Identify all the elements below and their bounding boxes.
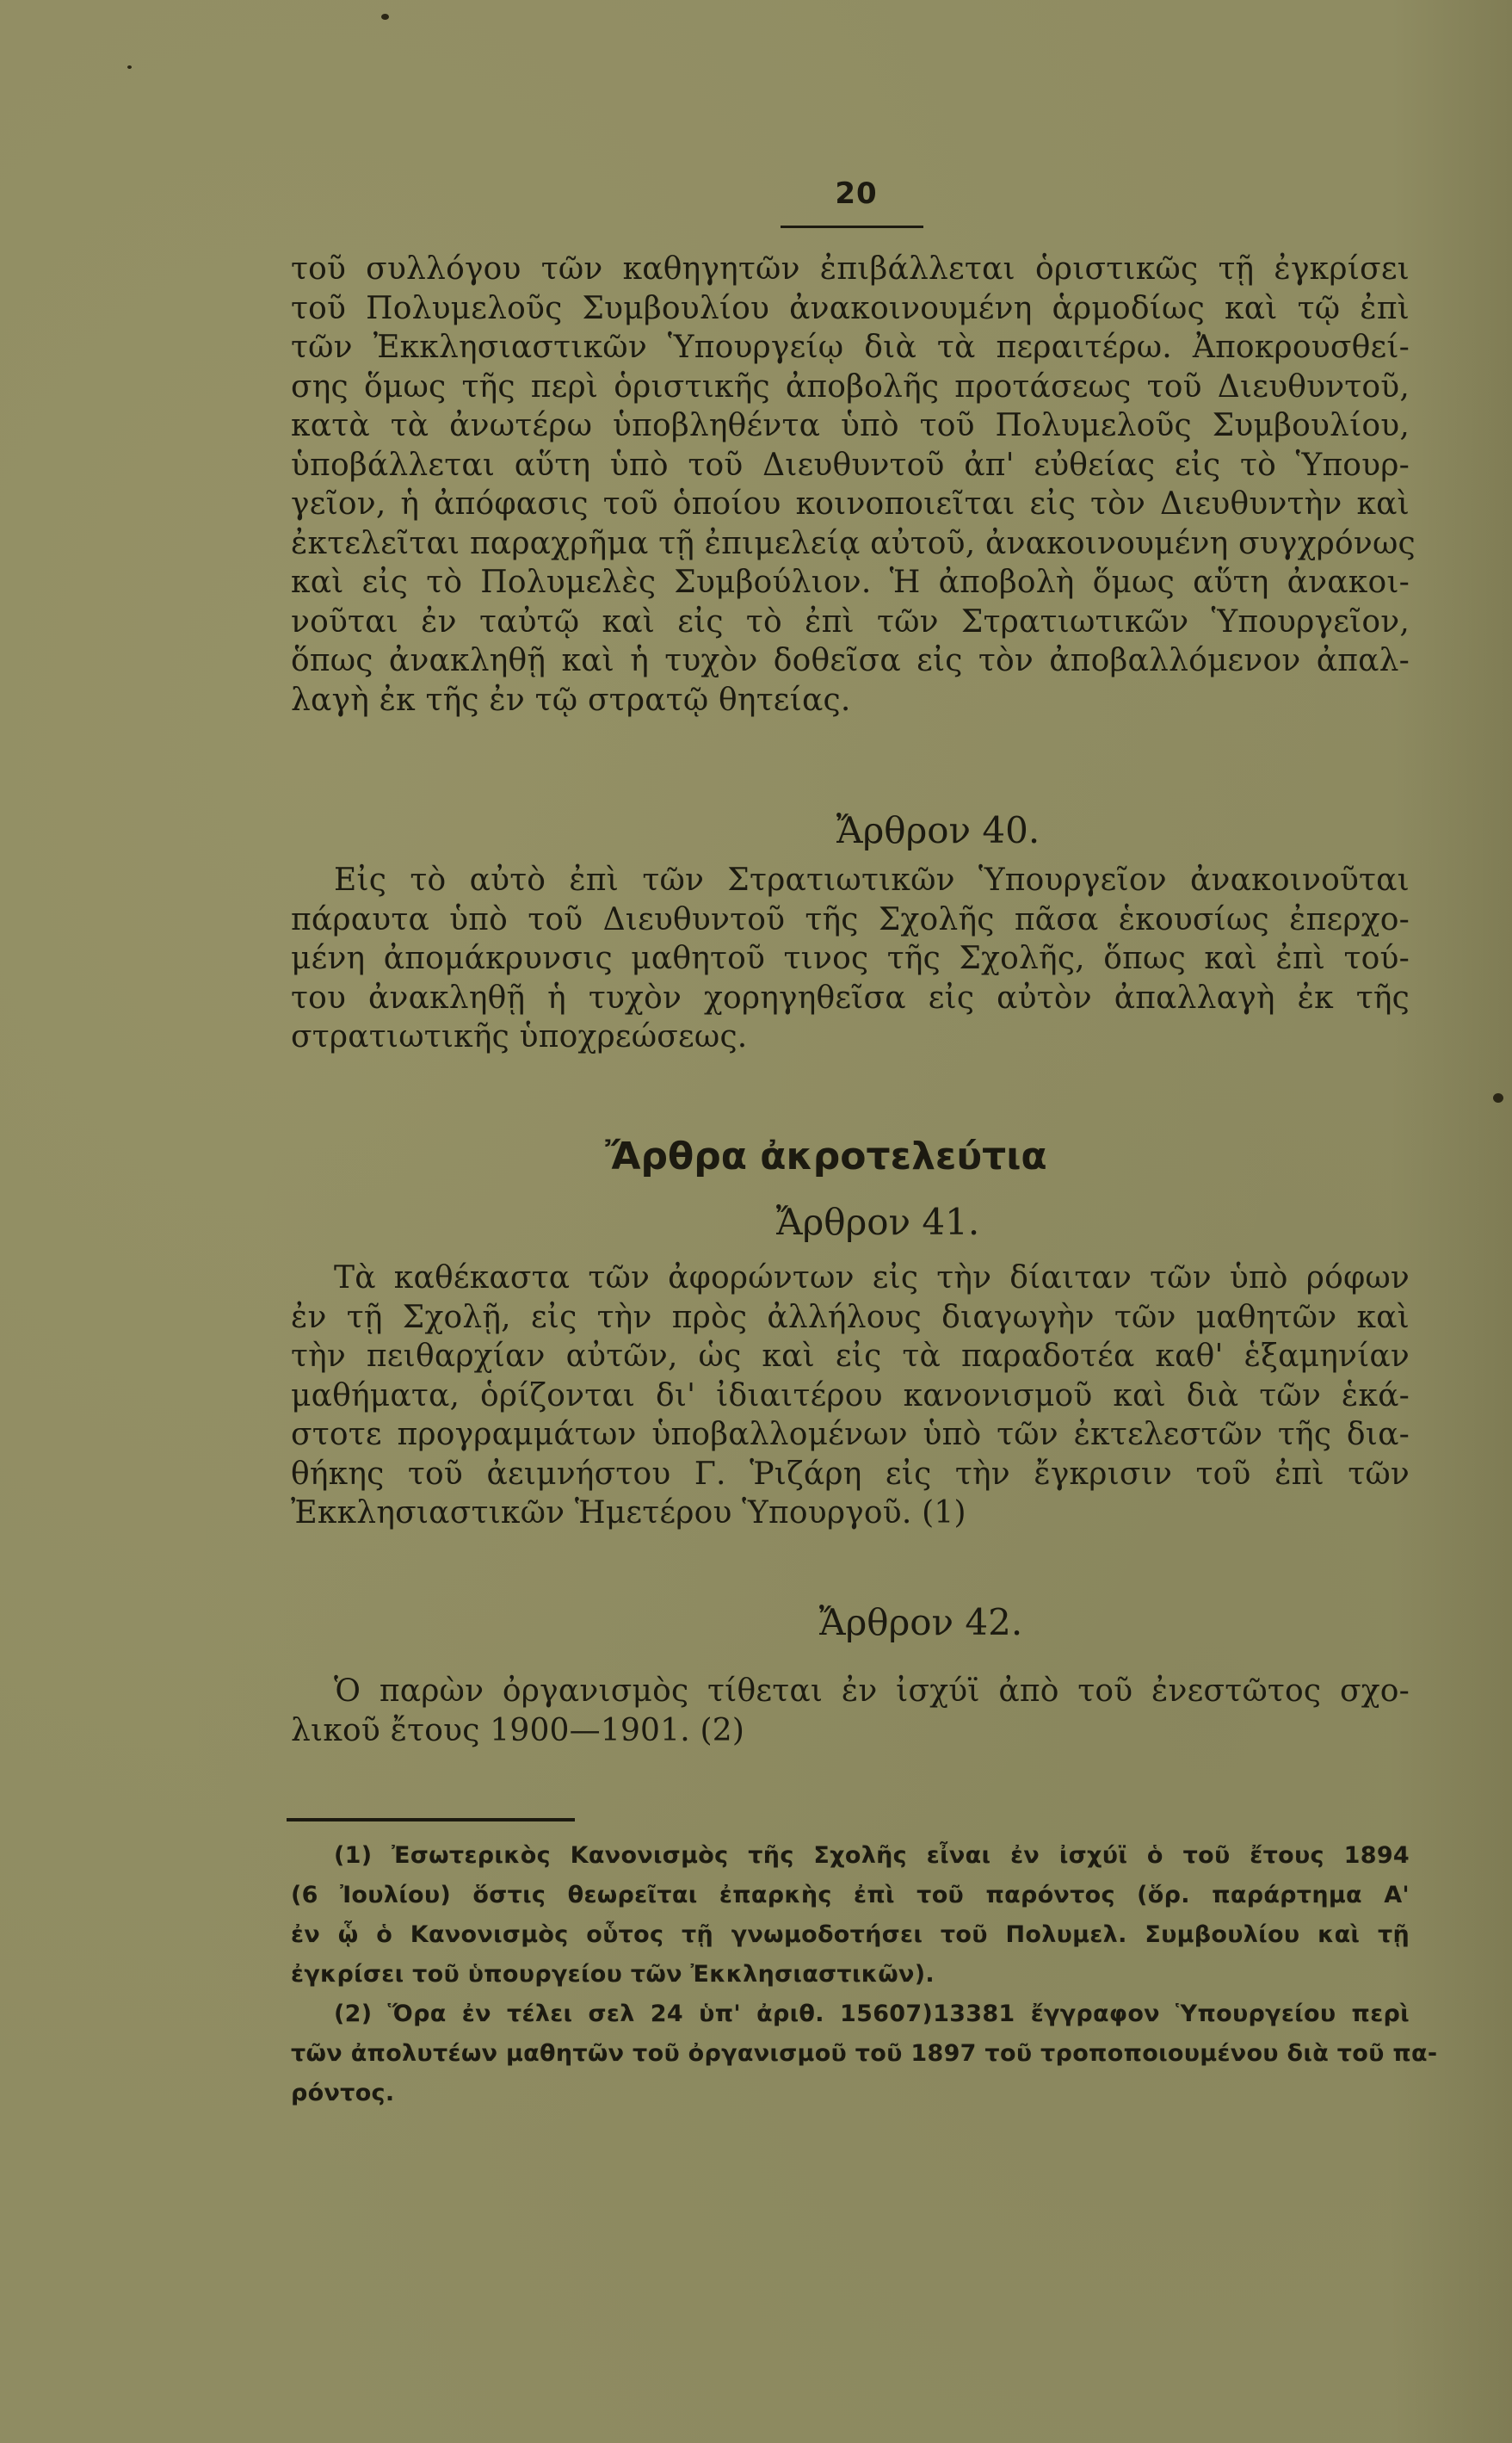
text-line: θήκης τοῦ ἀειμνήστου Γ. Ῥιζάρη εἰς τὴν ἔ…	[291, 1455, 1410, 1494]
article-42-heading: Ἄρθρον 42.	[361, 1601, 1480, 1643]
text-line: στοτε προγραμμάτων ὑποβαλλομένων ὑπὸ τῶν…	[291, 1415, 1410, 1455]
page-number-rule	[781, 226, 923, 228]
footnote-line: ἐν ᾧ ὁ Κανονισμὸς οὗτος τῇ γνωμοδοτήσει …	[291, 1915, 1410, 1955]
text-line: τὴν πειθαρχίαν αὐτῶν, ὡς καὶ εἰς τὰ παρα…	[291, 1337, 1410, 1376]
continuation-paragraph: τοῦ συλλόγου τῶν καθηγητῶν ἐπιβάλλεται ὁ…	[291, 250, 1410, 720]
text-line: καὶ εἰς τὸ Πολυμελὲς Συμβούλιον. Ἡ ἀποβο…	[291, 563, 1410, 603]
text-line: τοῦ Πολυμελοῦς Συμβουλίου ἀνακοινουμένη …	[291, 289, 1410, 329]
footnote-rule	[287, 1818, 575, 1821]
footnote-line: (1) Ἐσωτερικὸς Κανονισμὸς τῆς Σχολῆς εἶν…	[291, 1836, 1410, 1876]
footnote-line: ἐγκρίσει τοῦ ὑπουργείου τῶν Ἐκκλησιαστικ…	[291, 1955, 1410, 1995]
paper-speck	[127, 65, 132, 69]
text-line: λικοῦ ἔτους 1900—1901. (2)	[291, 1711, 1410, 1751]
text-line: ἐκτελεῖται παραχρῆμα τῇ ἐπιμελείᾳ αὐτοῦ,…	[291, 524, 1410, 564]
text-line: στρατιωτικῆς ὑποχρεώσεως.	[291, 1017, 1410, 1057]
page-number: 20	[779, 176, 934, 211]
text-line: του ἀνακληθῇ ἡ τυχὸν χορηγηθεῖσα εἰς αὐτ…	[291, 979, 1410, 1018]
text-line: γεῖον, ἡ ἀπόφασις τοῦ ὁποίου κοινοποιεῖτ…	[291, 485, 1410, 524]
text-line: ὑποβάλλεται αὕτη ὑπὸ τοῦ Διευθυντοῦ ἀπ' …	[291, 446, 1410, 486]
text-line: σης ὅμως τῆς περὶ ὁριστικῆς ἀποβολῆς προ…	[291, 368, 1410, 407]
text-line: Τὰ καθέκαστα τῶν ἀφορώντων εἰς τὴν δίαιτ…	[291, 1259, 1410, 1298]
paper-speck	[381, 14, 389, 20]
text-line: ὅπως ἀνακληθῇ καὶ ἡ τυχὸν δοθεῖσα εἰς τὸ…	[291, 641, 1410, 681]
article-41-paragraph: Τὰ καθέκαστα τῶν ἀφορώντων εἰς τὴν δίαιτ…	[291, 1259, 1410, 1533]
text-line: Ἐκκλησιαστικῶν Ἡμετέρου Ὑπουργοῦ. (1)	[291, 1494, 1410, 1533]
footnote-line: (2) Ὅρα ἐν τέλει σελ 24 ὑπ' ἀριθ. 15607)…	[291, 1995, 1410, 2034]
text-line: λαγὴ ἐκ τῆς ἐν τῷ στρατῷ θητείας.	[291, 681, 1410, 721]
footnotes: (1) Ἐσωτερικὸς Κανονισμὸς τῆς Σχολῆς εἶν…	[291, 1836, 1410, 2113]
text-line: Ὁ παρὼν ὀργανισμὸς τίθεται ἐν ἰσχύϊ ἀπὸ …	[291, 1672, 1410, 1711]
footnote-line: (6 Ἰουλίου) ὅστις θεωρεῖται ἐπαρκὴς ἐπὶ …	[291, 1876, 1410, 1915]
scanned-page: 20 τοῦ συλλόγου τῶν καθηγητῶν ἐπιβάλλετα…	[0, 0, 1512, 2443]
article-42-paragraph: Ὁ παρὼν ὀργανισμὸς τίθεται ἐν ἰσχύϊ ἀπὸ …	[291, 1672, 1410, 1750]
footnote-line: ρόντος.	[291, 2074, 1410, 2113]
article-40-heading: Ἄρθρον 40.	[379, 809, 1497, 851]
text-line: τῶν Ἐκκλησιαστικῶν Ὑπουργείῳ διὰ τὰ περα…	[291, 328, 1410, 368]
article-40-paragraph: Εἰς τὸ αὐτὸ ἐπὶ τῶν Στρατιωτικῶν Ὑπουργε…	[291, 861, 1410, 1057]
text-line: μένη ἀπομάκρυνσις μαθητοῦ τινος τῆς Σχολ…	[291, 939, 1410, 979]
text-line: κατὰ τὰ ἀνωτέρω ὑποβληθέντα ὑπὸ τοῦ Πολυ…	[291, 406, 1410, 446]
paper-speck	[1493, 1093, 1503, 1103]
text-line: τοῦ συλλόγου τῶν καθηγητῶν ἐπιβάλλεται ὁ…	[291, 250, 1410, 289]
text-line: νοῦται ἐν ταὐτῷ καὶ εἰς τὸ ἐπὶ τῶν Στρατ…	[291, 603, 1410, 642]
footnote-line: τῶν ἀπολυτέων μαθητῶν τοῦ ὀργανισμοῦ τοῦ…	[291, 2034, 1410, 2074]
text-line: ἐν τῇ Σχολῇ, εἰς τὴν πρὸς ἀλλήλους διαγω…	[291, 1298, 1410, 1338]
text-line: Εἰς τὸ αὐτὸ ἐπὶ τῶν Στρατιωτικῶν Ὑπουργε…	[291, 861, 1410, 900]
text-line: μαθήματα, ὁρίζονται δι' ἰδιαιτέρου κανον…	[291, 1376, 1410, 1416]
final-articles-heading: Ἄρθρα ἀκροτελεύτια	[267, 1135, 1385, 1178]
article-41-heading: Ἄρθρον 41.	[318, 1201, 1437, 1243]
text-line: πάραυτα ὑπὸ τοῦ Διευθυντοῦ τῆς Σχολῆς πᾶ…	[291, 900, 1410, 940]
